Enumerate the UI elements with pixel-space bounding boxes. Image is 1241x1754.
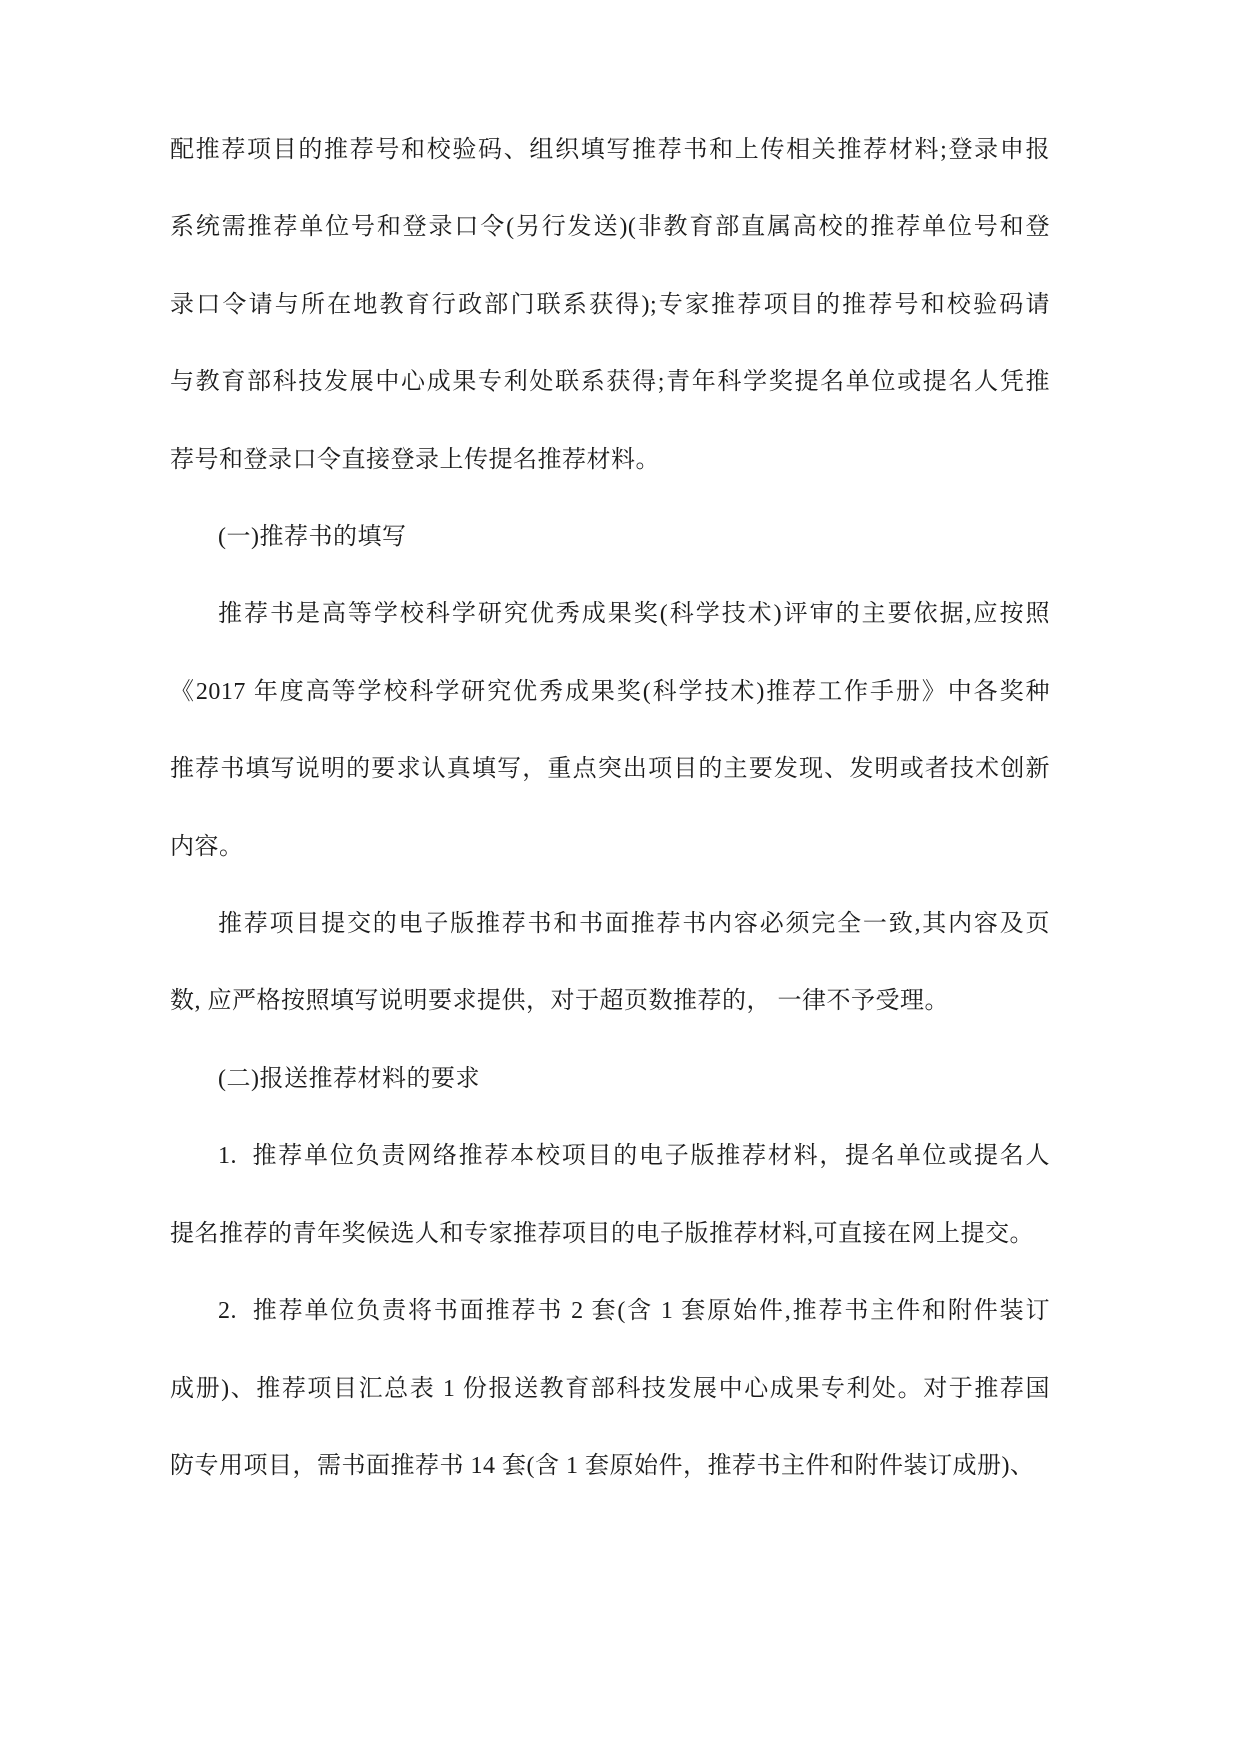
body-line: 配推荐项目的推荐号和校验码、组织填写推荐书和上传相关推荐材料;登录申报	[170, 112, 1050, 189]
body-line: 防专用项目，需书面推荐书 14 套(含 1 套原始件，推荐书主件和附件装订成册)…	[170, 1428, 1050, 1505]
body-line: 内容。	[170, 809, 1050, 886]
section-heading: (二)报送推荐材料的要求	[170, 1041, 1050, 1118]
body-line: 录口令请与所在地教育行政部门联系获得);专家推荐项目的推荐号和校验码请	[170, 267, 1050, 344]
body-line: 提名推荐的青年奖候选人和专家推荐项目的电子版推荐材料,可直接在网上提交。	[170, 1196, 1050, 1273]
body-line: 2. 推荐单位负责将书面推荐书 2 套(含 1 套原始件,推荐书主件和附件装订	[170, 1273, 1050, 1350]
section-heading: (一)推荐书的填写	[170, 499, 1050, 576]
body-line: 1. 推荐单位负责网络推荐本校项目的电子版推荐材料，提名单位或提名人	[170, 1118, 1050, 1195]
body-line: 与教育部科技发展中心成果专利处联系获得;青年科学奖提名单位或提名人凭推	[170, 344, 1050, 421]
body-line: 数, 应严格按照填写说明要求提供，对于超页数推荐的， 一律不予受理。	[170, 963, 1050, 1040]
body-line: 系统需推荐单位号和登录口令(另行发送)(非教育部直属高校的推荐单位号和登	[170, 189, 1050, 266]
body-line: 推荐书是高等学校科学研究优秀成果奖(科学技术)评审的主要依据,应按照	[170, 576, 1050, 653]
body-line: 荐号和登录口令直接登录上传提名推荐材料。	[170, 422, 1050, 499]
document-page: 配推荐项目的推荐号和校验码、组织填写推荐书和上传相关推荐材料;登录申报系统需推荐…	[0, 0, 1241, 1754]
body-line: 成册)、推荐项目汇总表 1 份报送教育部科技发展中心成果专利处。对于推荐国	[170, 1351, 1050, 1428]
body-line: 《2017 年度高等学校科学研究优秀成果奖(科学技术)推荐工作手册》中各奖种	[170, 654, 1050, 731]
document-body: 配推荐项目的推荐号和校验码、组织填写推荐书和上传相关推荐材料;登录申报系统需推荐…	[170, 112, 1050, 1505]
body-line: 推荐书填写说明的要求认真填写，重点突出项目的主要发现、发明或者技术创新	[170, 731, 1050, 808]
body-line: 推荐项目提交的电子版推荐书和书面推荐书内容必须完全一致,其内容及页	[170, 886, 1050, 963]
